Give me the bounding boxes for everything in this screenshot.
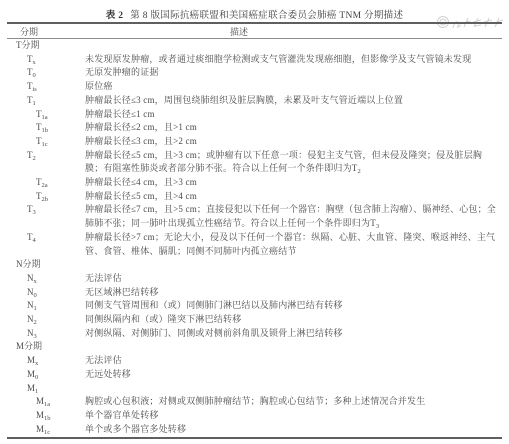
- table-row: T1c肿瘤最长径≤3 cm，且>2 cm: [0, 135, 509, 149]
- stage-description: 肿瘤最长径≤3 cm，且>2 cm: [85, 135, 509, 149]
- stage-label: M1b: [0, 409, 85, 423]
- table-row: M1a胸腔或心包积液；对侧或双侧肺肿瘤结节；胸腔或心包结节；多种上述情况合并发生: [0, 395, 509, 409]
- stage-label: M0: [0, 368, 85, 382]
- table-row: Mx无法评估: [0, 354, 509, 368]
- stage-description: 肿瘤最长径≤3 cm，周围包绕肺组织及脏层胸膜，未累及叶支气管近端以上位置: [85, 94, 509, 108]
- stage-description: 单个器官单处转移: [85, 409, 509, 423]
- table-row: T2肿瘤最长径≤5 cm，且>3 cm；或肿瘤有以下任意一项：侵犯主支气管，但未…: [0, 149, 509, 176]
- table-row: T1a肿瘤最长径≤1 cm: [0, 108, 509, 122]
- stage-description: 原位癌: [85, 80, 509, 94]
- stage-description: 肿瘤最长径≤7 cm，且>5 cm；直接侵犯以下任何一个器官：胸壁（包含肺上沟瘤…: [85, 203, 509, 230]
- stage-label: T0: [0, 66, 85, 80]
- table-row: N2同侧纵隔内和（或）隆突下淋巴结转移: [0, 313, 509, 327]
- stage-description: 无远处转移: [85, 368, 509, 382]
- stage-description: 肿瘤最长径≤5 cm，且>4 cm: [85, 190, 509, 204]
- stage-label: Tx: [0, 53, 85, 67]
- stage-label: T1a: [0, 108, 85, 122]
- stage-description: 肿瘤最长径>7 cm；无论大小，侵及以下任何一个器官：纵隔、心脏、大血管、隆突、…: [85, 231, 509, 258]
- table-row: Nx无法评估: [0, 272, 509, 286]
- table-row: T2b肿瘤最长径≤5 cm，且>4 cm: [0, 190, 509, 204]
- stage-label: Nx: [0, 272, 85, 286]
- stage-description: 对侧纵隔、对侧肺门、同侧或对侧前斜角肌及锁骨上淋巴结转移: [85, 327, 509, 341]
- stage-label: N3: [0, 327, 85, 341]
- table-row: T0无原发肿瘤的证据: [0, 66, 509, 80]
- table-row: T1肿瘤最长径≤3 cm，周围包绕肺组织及脏层胸膜，未累及叶支气管近端以上位置: [0, 94, 509, 108]
- stage-label: M1c: [0, 423, 85, 437]
- section-label: T分期: [0, 39, 85, 53]
- stage-label: N2: [0, 313, 85, 327]
- stage-description: 无法评估: [85, 354, 509, 368]
- table-row: M1: [0, 382, 509, 396]
- table-number: 表 2: [106, 11, 124, 21]
- stage-description: 单个或多个器官多处转移: [85, 423, 509, 437]
- stage-description: 肿瘤最长径≤2 cm，且>1 cm: [85, 121, 509, 135]
- header-stage: 分期: [20, 25, 38, 38]
- header-description: 描述: [230, 25, 248, 38]
- section-row: T分期: [0, 39, 509, 53]
- section-row: M分期: [0, 340, 509, 354]
- stage-description: 无原发肿瘤的证据: [85, 66, 509, 80]
- table-row: N3对侧纵隔、对侧肺门、同侧或对侧前斜角肌及锁骨上淋巴结转移: [0, 327, 509, 341]
- table-row: Tis原位癌: [0, 80, 509, 94]
- table-row: M0无远处转移: [0, 368, 509, 382]
- stage-label: T2a: [0, 176, 85, 190]
- table-title-text: 第 8 版国际抗癌联盟和美国癌症联合委员会肺癌 TNM 分期描述: [130, 11, 403, 21]
- stage-label: T3: [0, 203, 85, 217]
- stage-label: N0: [0, 286, 85, 300]
- stage-description: 肿瘤最长径≤1 cm: [85, 108, 509, 122]
- table-row: T4肿瘤最长径>7 cm；无论大小，侵及以下任何一个器官：纵隔、心脏、大血管、隆…: [0, 231, 509, 258]
- bottom-rule: [7, 437, 502, 439]
- stage-label: M1: [0, 382, 85, 396]
- table-row: T2a肿瘤最长径≤4 cm，且>3 cm: [0, 176, 509, 190]
- table-row: Tx未发现原发肿瘤，或者通过痰细胞学检测或支气管灌洗发现癌细胞，但影像学及支气管…: [0, 53, 509, 67]
- stage-description: 同侧纵隔内和（或）隆突下淋巴结转移: [85, 313, 509, 327]
- stage-description: 未发现原发肿瘤，或者通过痰细胞学检测或支气管灌洗发现癌细胞，但影像学及支气管镜未…: [85, 53, 509, 67]
- table-row: N0无区域淋巴结转移: [0, 286, 509, 300]
- table-row: T1b肿瘤最长径≤2 cm，且>1 cm: [0, 121, 509, 135]
- stage-description: 无区域淋巴结转移: [85, 286, 509, 300]
- section-label: N分期: [0, 258, 85, 272]
- section-row: N分期: [0, 258, 509, 272]
- stage-label: N1: [0, 299, 85, 313]
- stage-label: T1b: [0, 121, 85, 135]
- section-label: M分期: [0, 340, 85, 354]
- top-rule: [7, 22, 502, 24]
- table-title: 表 2第 8 版国际抗癌联盟和美国癌症联合委员会肺癌 TNM 分期描述: [0, 7, 509, 21]
- table-header-row: 分期 描述: [0, 25, 509, 37]
- table-row: N1同侧支气管周围和（或）同侧肺门淋巴结以及肺内淋巴结有转移: [0, 299, 509, 313]
- stage-label: M1a: [0, 395, 85, 409]
- stage-label: Mx: [0, 354, 85, 368]
- stage-label: T4: [0, 231, 85, 245]
- table-row: T3肿瘤最长径≤7 cm，且>5 cm；直接侵犯以下任何一个器官：胸壁（包含肺上…: [0, 203, 509, 230]
- stage-label: T2b: [0, 190, 85, 204]
- paper-table-page: 表 2第 8 版国际抗癌联盟和美国癌症联合委员会肺癌 TNM 分期描述 分期 描…: [0, 0, 509, 444]
- stage-label: Tis: [0, 80, 85, 94]
- table-body: T分期Tx未发现原发肿瘤，或者通过痰细胞学检测或支气管灌洗发现癌细胞，但影像学及…: [0, 39, 509, 436]
- stage-description: 同侧支气管周围和（或）同侧肺门淋巴结以及肺内淋巴结有转移: [85, 299, 509, 313]
- stage-label: T1c: [0, 135, 85, 149]
- stage-description: 无法评估: [85, 272, 509, 286]
- table-row: M1b单个器官单处转移: [0, 409, 509, 423]
- stage-label: T1: [0, 94, 85, 108]
- stage-description: 胸腔或心包积液；对侧或双侧肺肿瘤结节；胸腔或心包结节；多种上述情况合并发生: [85, 395, 509, 409]
- stage-label: T2: [0, 149, 85, 163]
- table-row: M1c单个或多个器官多处转移: [0, 423, 509, 437]
- stage-description: 肿瘤最长径≤5 cm，且>3 cm；或肿瘤有以下任意一项：侵犯主支气管，但未侵及…: [85, 149, 509, 176]
- stage-description: 肿瘤最长径≤4 cm，且>3 cm: [85, 176, 509, 190]
